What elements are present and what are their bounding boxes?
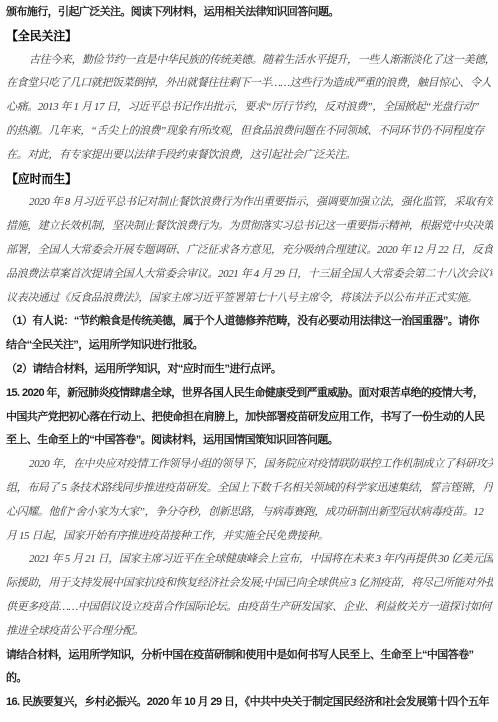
section-header-born-of-times: 【应时而生】	[6, 168, 493, 192]
question-15-task-continued: 的。	[6, 667, 493, 691]
question-14-stem-continued: 颁布施行，引起广泛关注。阅读下列材料，运用相关法律知识回答问题。	[6, 1, 493, 25]
material-paragraph-line: 2020 年，在中央应对疫情工作领导小组的领导下，国务院应对疫情联防联控工作机制…	[6, 453, 493, 477]
material-paragraph-line: 古往今来，勤俭节约一直是中华民族的传统美德。随着生活水平提升，一些人渐渐淡化了这…	[6, 49, 493, 73]
material-paragraph-line: 品浪费法草案首次提请全国人大常委会审议。2021 年 4 月 29 日，十三届全…	[6, 263, 493, 287]
material-paragraph-line: 部署，全国人大常委会开展专题调研、广泛征求各方意见，充分吸纳合理建议。2020 …	[6, 239, 493, 263]
question-15-task: 请结合材料，运用所学知识，分析中国在疫苗研制和使用中是如何书写人民至上、生命至上…	[6, 644, 493, 668]
material-paragraph-line: 措施，建立长效机制，坚决制止餐饮浪费行为。为贯彻落实习总书记这一重要指示精神，根…	[6, 215, 493, 239]
question-16-stem: 16. 民族要复兴，乡村必振兴。2020 年 10 月 29 日，《中共中央关于…	[6, 691, 493, 715]
material-paragraph-line: 际援助，用于支持发展中国家抗疫和恢复经济社会发展;中国已向全球供应 3 亿剂疫苗…	[6, 572, 493, 596]
question-14-part2: （2）请结合材料，运用所学知识，对“应时而生”进行点评。	[6, 358, 493, 382]
question-14-part1-continued: 结合“全民关注”，运用所学知识进行批驳。	[6, 334, 493, 358]
section-header-public-attention: 【全民关注】	[6, 25, 493, 49]
material-paragraph-line: 月 15 日起，国家开始有序推进疫苗接种工作，并实施全民免费接种。	[6, 525, 493, 549]
material-paragraph-line: 议表决通过《反食品浪费法》，国家主席习近平签署第七十八号主席令，将该法予以公布并…	[6, 287, 493, 311]
material-paragraph-line: 推进全球疫苗公平合理分配。	[6, 620, 493, 644]
material-paragraph-line: 心痛。2013 年 1 月 17 日，习近平总书记作出批示，要求“厉行节约，反对…	[6, 96, 493, 120]
question-15-stem-continued: 至上、生命至上的“中国答卷”。阅读材料，运用国情国策知识回答问题。	[6, 429, 493, 453]
material-paragraph-line: 2021 年 5 月 21 日，国家主席习近平在全球健康峰会上宣布，中国将在未来…	[6, 548, 493, 572]
material-paragraph-line: 心闪耀。他们“舍小家为大家”，争分夺秒，创新思路，与病毒赛跑，成功研制出新型冠状…	[6, 501, 493, 525]
question-14-part1: （1）有人说：“节约粮食是传统美德，属于个人道德修养范畴，没有必要动用法律这一治…	[6, 310, 493, 334]
question-15-stem-continued: 中国共产党把初心落在行动上、把使命担在肩膀上，加快部署疫苗研发应用工作，书写了一…	[6, 406, 493, 430]
material-paragraph-line: 在食堂只吃了几口就把饭菜倒掉，外出就餐往往剩下一半……这些行为造成严重的浪费，触…	[6, 72, 493, 96]
document-page: 颁布施行，引起广泛关注。阅读下列材料，运用相关法律知识回答问题。 【全民关注】 …	[0, 0, 498, 722]
material-paragraph-line: 组，布局了 5 条技术路线同步推进疫苗研发。全国上下数千名相关领域的科学家迅速集…	[6, 477, 493, 501]
material-paragraph-line: 的热潮。几年来，“舌尖上的浪费”现象有所改观，但食品浪费问题在不同领域、不同环节…	[6, 120, 493, 144]
material-paragraph-line: 供更多疫苗……中国倡议设立疫苗合作国际论坛。由疫苗生产研发国家、企业、利益攸关方…	[6, 596, 493, 620]
material-paragraph-line: 2020 年 8 月习近平总书记对制止餐饮浪费行为作出重要指示，强调要加强立法，…	[6, 191, 493, 215]
material-paragraph-line: 在。对此，有专家提出要以法律手段约束餐饮浪费，这引起社会广泛关注。	[6, 144, 493, 168]
question-15-stem: 15. 2020 年，新冠肺炎疫情肆虐全球，世界各国人民生命健康受到严重威胁。面…	[6, 382, 493, 406]
